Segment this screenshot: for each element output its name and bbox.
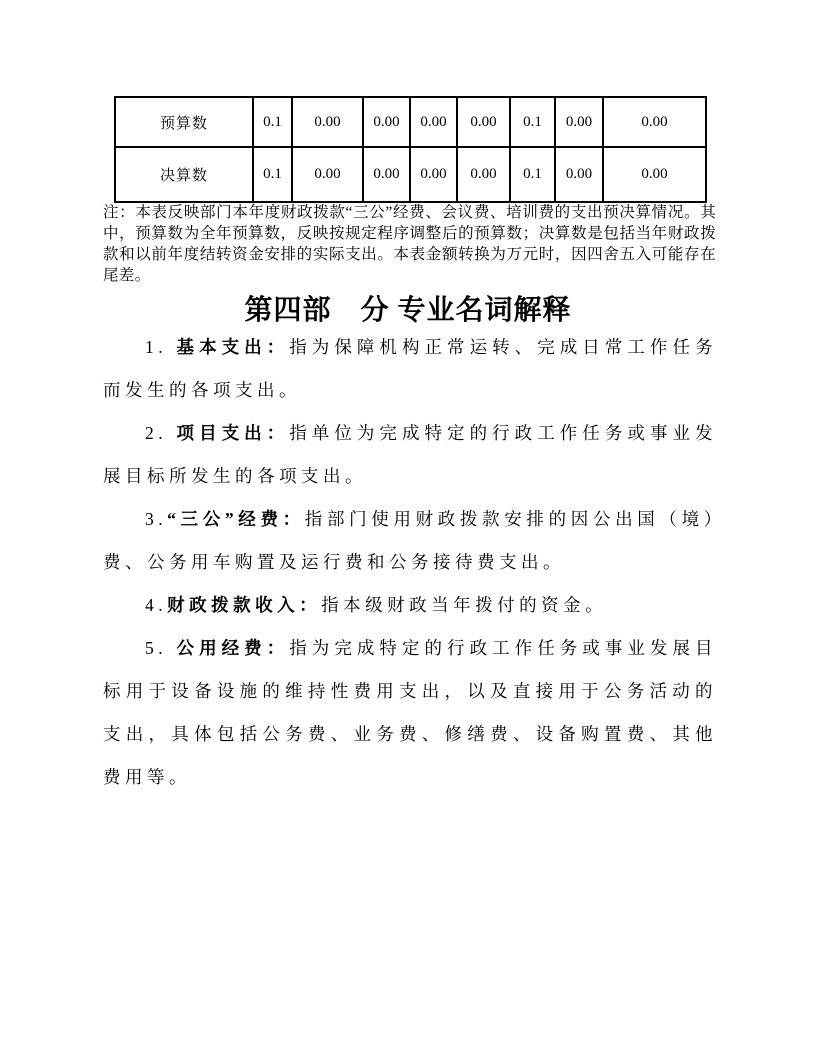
term-number: 5.	[145, 638, 177, 658]
table-row-final: 决算数 0.1 0.00 0.00 0.00 0.00 0.1 0.00 0.0…	[115, 147, 706, 202]
section-heading: 第四部 分 专业名词解释	[0, 288, 816, 328]
value-cell: 0.00	[292, 97, 363, 147]
term-paragraph-basic-expenditure: 1. 基本支出：指为保障机构正常运转、完成日常工作任务而发生的各项支出。	[103, 326, 717, 412]
value-cell: 0.00	[603, 147, 706, 202]
value-cell: 0.1	[253, 147, 292, 202]
value-cell: 0.00	[363, 147, 410, 202]
term-paragraph-fiscal-appropriation-income: 4.财政拨款收入：指本级财政当年拨付的资金。	[103, 584, 717, 627]
term-name: 公用经费：	[177, 638, 290, 658]
value-cell: 0.00	[410, 97, 457, 147]
term-number: 1.	[145, 337, 177, 357]
row-label-budget: 预算数	[115, 97, 253, 147]
value-cell: 0.00	[457, 147, 510, 202]
term-name: 财政拨款收入：	[167, 595, 321, 615]
value-cell: 0.1	[510, 97, 555, 147]
table-row-budget: 预算数 0.1 0.00 0.00 0.00 0.00 0.1 0.00 0.0…	[115, 97, 706, 147]
term-paragraph-project-expenditure: 2. 项目支出：指单位为完成特定的行政工作任务或事业发展目标所发生的各项支出。	[103, 412, 717, 498]
term-definition: 指为完成特定的行政工作任务或事业发展目标用于设备设施的维持性费用支出，以及直接用…	[103, 638, 717, 787]
value-cell: 0.1	[253, 97, 292, 147]
three-public-funds-table: 预算数 0.1 0.00 0.00 0.00 0.00 0.1 0.00 0.0…	[114, 96, 707, 203]
term-name: 基本支出：	[177, 337, 290, 357]
term-name: 项目支出：	[177, 423, 290, 443]
term-paragraph-public-funds: 5. 公用经费：指为完成特定的行政工作任务或事业发展目标用于设备设施的维持性费用…	[103, 627, 717, 799]
table-note: 注：本表反映部门本年度财政拨款“三公”经费、会议费、培训费的支出预决算情况。其中…	[103, 202, 716, 286]
value-cell: 0.00	[555, 147, 603, 202]
value-cell: 0.00	[603, 97, 706, 147]
term-number: 2.	[145, 423, 177, 443]
value-cell: 0.00	[555, 97, 603, 147]
term-number: 3.	[145, 509, 167, 529]
terms-section: 1. 基本支出：指为保障机构正常运转、完成日常工作任务而发生的各项支出。 2. …	[103, 326, 717, 799]
value-cell: 0.00	[363, 97, 410, 147]
value-cell: 0.1	[510, 147, 555, 202]
term-name: “三公”经费：	[167, 509, 305, 529]
term-number: 4.	[145, 595, 167, 615]
term-paragraph-three-public-funds: 3.“三公”经费：指部门使用财政拨款安排的因公出国（境）费、公务用车购置及运行费…	[103, 498, 717, 584]
value-cell: 0.00	[410, 147, 457, 202]
document-page: 预算数 0.1 0.00 0.00 0.00 0.00 0.1 0.00 0.0…	[0, 0, 816, 1056]
value-cell: 0.00	[457, 97, 510, 147]
row-label-final: 决算数	[115, 147, 253, 202]
term-definition: 指本级财政当年拨付的资金。	[321, 595, 607, 615]
value-cell: 0.00	[292, 147, 363, 202]
